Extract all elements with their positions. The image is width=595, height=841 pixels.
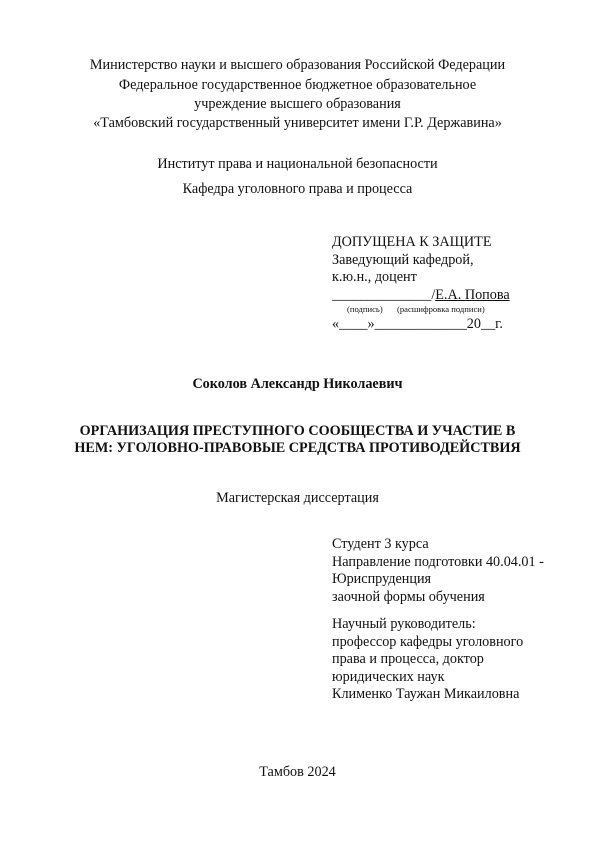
- student-study-form: заочной формы обучения: [332, 589, 544, 607]
- institution-line-2: учреждение высшего образования: [0, 94, 595, 114]
- name-caption: (расшифровка подписи): [397, 304, 485, 314]
- signature-captions: (подпись) (расшифровка подписи): [332, 304, 510, 315]
- signer-name: Е.А. Попова: [435, 287, 509, 303]
- signature-blank: ______________/: [332, 287, 435, 303]
- student-direction-line-1: Направление подготовки 40.04.01 -: [332, 554, 544, 572]
- work-type: Магистерская диссертация: [0, 488, 595, 508]
- department-line: Кафедра уголовного права и процесса: [0, 179, 595, 199]
- thesis-title-line-1: ОРГАНИЗАЦИЯ ПРЕСТУПНОГО СООБЩЕСТВА И УЧА…: [0, 423, 595, 440]
- signature-line: ______________/Е.А. Попова: [332, 287, 510, 305]
- author-name: Соколов Александр Николаевич: [0, 374, 595, 394]
- student-block: Студент 3 курса Направление подготовки 4…: [332, 536, 544, 606]
- university-line: «Тамбовский государственный университет …: [0, 113, 595, 133]
- supervisor-position-line-1: профессор кафедры уголовного: [332, 634, 523, 652]
- ministry-line: Министерство науки и высшего образования…: [0, 55, 595, 75]
- supervisor-name: Клименко Таужан Микаиловна: [332, 686, 523, 704]
- approval-title: ДОПУЩЕНА К ЗАЩИТЕ: [332, 234, 510, 252]
- student-course: Студент 3 курса: [332, 536, 544, 554]
- approval-role-line-2: к.ю.н., доцент: [332, 269, 510, 287]
- supervisor-block: Научный руководитель: профессор кафедры …: [332, 616, 523, 704]
- institution-line-1: Федеральное государственное бюджетное об…: [0, 75, 595, 95]
- approval-block: ДОПУЩЕНА К ЗАЩИТЕ Заведующий кафедрой, к…: [332, 234, 510, 334]
- date-line: «____»_____________20__г.: [332, 316, 510, 334]
- approval-role-line-1: Заведующий кафедрой,: [332, 252, 510, 270]
- supervisor-position-line-3: юридических наук: [332, 669, 523, 687]
- thesis-title-line-2: НЕМ: УГОЛОВНО-ПРАВОВЫЕ СРЕДСТВА ПРОТИВОД…: [0, 440, 595, 457]
- student-direction-line-2: Юриспруденция: [332, 571, 544, 589]
- signature-caption: (подпись): [347, 304, 383, 314]
- institute-line: Институт права и национальной безопаснос…: [0, 154, 595, 174]
- city-year: Тамбов 2024: [0, 762, 595, 782]
- supervisor-position-line-2: права и процесса, доктор: [332, 651, 523, 669]
- supervisor-label: Научный руководитель:: [332, 616, 523, 634]
